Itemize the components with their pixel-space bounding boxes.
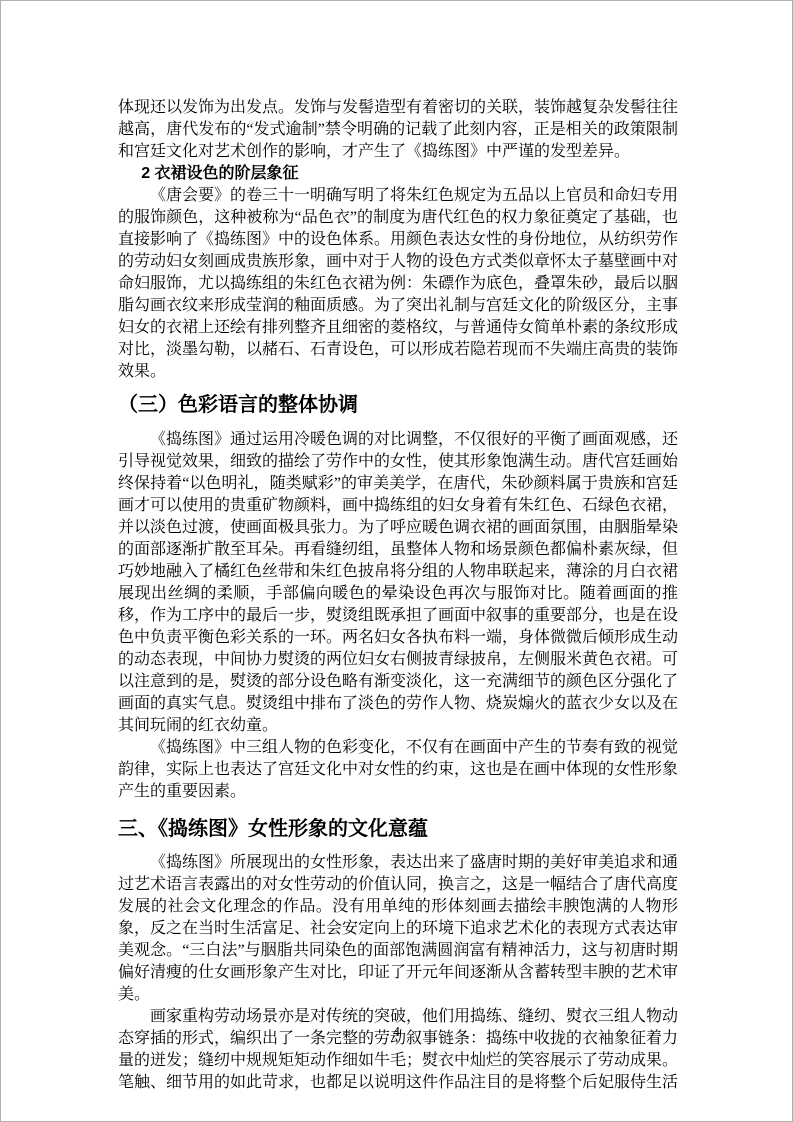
subheading-costume-color-hierarchy: 2 衣裙设色的阶层象征 (118, 163, 678, 185)
document-page: 体现还以发饰为出发点。发饰与发髻造型有着密切的关联，装饰越复杂发髻往往越高，唐代… (0, 0, 793, 1122)
paragraph-costume-color-system: 《唐会要》的卷三十一明确写明了将朱红色规定为五品以上官员和命妇专用的服饰颜色，这… (118, 185, 678, 383)
paragraph-color-rhythm-summary: 《捣练图》中三组人物的色彩变化，不仅有在画面中产生的节奏有致的视觉韵律，实际上也… (118, 737, 678, 803)
paragraph-hair-ornament-continuation: 体现还以发饰为出发点。发饰与发髻造型有着密切的关联，装饰越复杂发髻往往越高，唐代… (118, 97, 678, 163)
paragraph-labor-scene-narrative: 画家重构劳动场景亦是对传统的突破，他们用捣练、缝纫、熨衣三组人物动态穿插的形式，… (118, 1006, 678, 1094)
paragraph-cultural-meaning: 《捣练图》所展现出的女性形象，表达出来了盛唐时期的美好审美追求和通过艺术语言表露… (118, 852, 678, 1006)
chapter-heading-cultural-implication: 三、《捣练图》女性形象的文化意蕴 (118, 816, 678, 842)
page-number: 4 (1, 1025, 792, 1041)
paragraph-color-harmony-analysis: 《捣练图》通过运用冷暖色调的对比调整，不仅很好的平衡了画面观感，还引导视觉效果，… (118, 429, 678, 737)
section-heading-color-language-harmony: （三）色彩语言的整体协调 (118, 392, 678, 418)
page-body: 体现还以发饰为出发点。发饰与发髻造型有着密切的关联，装饰越复杂发髻往往越高，唐代… (118, 97, 678, 1094)
